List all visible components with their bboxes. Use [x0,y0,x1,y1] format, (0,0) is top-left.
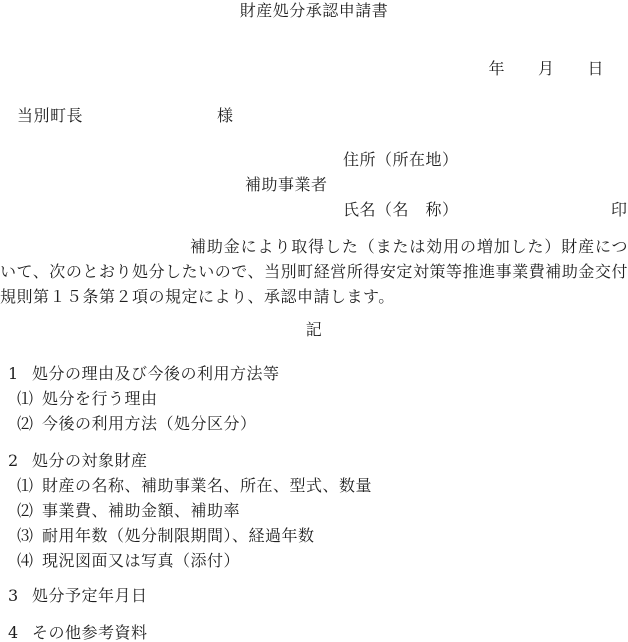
section-2-heading: 2処分の対象財産 [0,451,148,471]
section-number: 1 [8,364,32,384]
item-marker: ⑶ [17,526,42,546]
item-text: 今後の利用方法（処分区分） [42,414,257,433]
addressee-honorific: 様 [217,106,234,125]
addressee-name: 当別町長 [17,106,83,125]
applicant-address-label: 住所（所在地） [343,150,459,170]
item-text: 財産の名称、補助事業名、所在、型式、数量 [42,476,372,495]
item-text: 現況図面又は写真（添付） [42,551,240,570]
section-number: 4 [8,623,32,642]
section-title: その他参考資料 [32,623,148,642]
section-1-heading: 1処分の理由及び今後の利用方法等 [0,364,280,384]
body-line-2: いて、次のとおり処分したいので、当別町経営所得安定対策等推進事業費補助金交付 [0,259,628,284]
body-line-3: 規則第１５条第２項の規定により、承認申請します。 [0,284,628,309]
item-marker: ⑷ [17,551,42,571]
document-title: 財産処分承認申請書 [0,1,628,21]
section-title: 処分の対象財産 [32,451,148,470]
item-marker: ⑵ [17,501,42,521]
section-2-item-4: ⑷現況図面又は写真（添付） [0,551,240,571]
item-text: 処分を行う理由 [42,389,158,408]
body-paragraph: 補助金により取得した（または効用の増加した）財産につ いて、次のとおり処分したい… [0,234,628,309]
item-text: 耐用年数（処分制限期間）、経過年数 [42,526,315,545]
section-1-item-1: ⑴処分を行う理由 [0,389,158,409]
applicant-name-label: 氏名（名 称） [343,200,459,220]
section-2-item-3: ⑶耐用年数（処分制限期間）、経過年数 [0,526,315,546]
item-marker: ⑵ [17,414,42,434]
item-marker: ⑴ [17,389,42,409]
body-line-1: 補助金により取得した（または効用の増加した）財産につ [0,234,628,259]
seal-mark: 印 [611,200,628,220]
date-line: 年 月 日 [0,59,628,79]
section-4-heading: 4その他参考資料 [0,623,148,642]
section-2-item-1: ⑴財産の名称、補助事業名、所在、型式、数量 [0,476,372,496]
section-number: 2 [8,451,32,471]
section-title: 処分予定年月日 [32,586,148,605]
section-3-heading: 3処分予定年月日 [0,586,148,606]
section-1-item-2: ⑵今後の利用方法（処分区分） [0,414,257,434]
section-2-item-2: ⑵事業費、補助金額、補助率 [0,501,240,521]
ki-marker: 記 [0,320,628,340]
section-number: 3 [8,586,32,606]
addressee-line: 当別町長様 [17,106,234,126]
application-form-page: 財産処分承認申請書 年 月 日 当別町長様 住所（所在地） 補助事業者 氏名（名… [0,0,628,642]
section-title: 処分の理由及び今後の利用方法等 [32,364,280,383]
item-text: 事業費、補助金額、補助率 [42,501,240,520]
applicant-role-label: 補助事業者 [245,175,328,195]
item-marker: ⑴ [17,476,42,496]
